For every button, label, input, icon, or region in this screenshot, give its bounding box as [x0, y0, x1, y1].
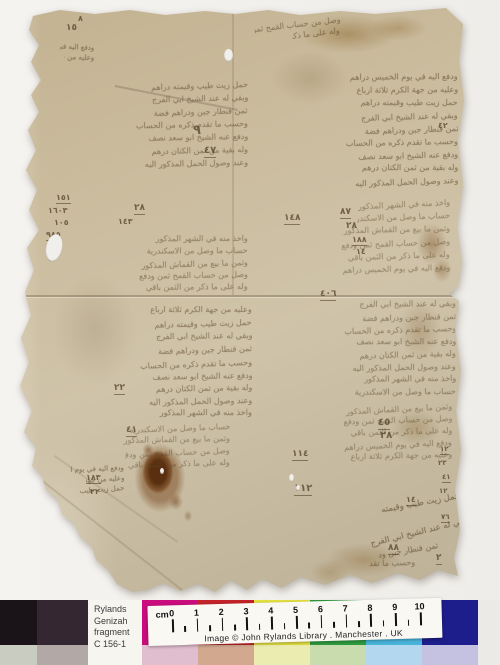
manuscript-script-line: وصل من حساب القمح ثمن ودفع	[121, 270, 248, 281]
manuscript-number-annotation: ١١٤	[292, 450, 308, 461]
manuscript-number-annotation: ٢٨	[134, 204, 145, 215]
manuscript-number-annotation: ٤١	[126, 426, 137, 437]
ruler-number: 10	[414, 601, 424, 611]
color-patch	[142, 645, 198, 665]
manuscript-script-line: وبقي له عند الشيخ ابي الفرج	[135, 331, 252, 342]
ruler-tick-minor	[259, 624, 261, 630]
ruler-tick-major	[246, 617, 248, 630]
ruler-number: 4	[268, 605, 273, 615]
manuscript-script-line: وثمن ما بيع من القماش المذكور	[105, 434, 230, 445]
manuscript-script-line: حمل زيت طيب وقيمته دراهم	[114, 318, 252, 331]
manuscript-number-annotation: ١٢	[439, 488, 448, 495]
manuscript-number-annotation: ٢٨	[346, 222, 357, 231]
paper-hole	[224, 49, 233, 62]
manuscript-script-line: وله بقية من ثمن الكتان درهم	[39, 145, 248, 159]
manuscript-number-annotation: ١٠٥	[54, 219, 69, 227]
ruler-number: 9	[392, 602, 397, 612]
ruler-tick-major	[420, 612, 422, 625]
manuscript-script-line: وحسب ما تقدم ذكره من الحساب	[107, 119, 248, 131]
manuscript-script-line: واخذ منه في الشهر المذكور	[144, 234, 248, 243]
manuscript-number-annotation: ٢٢	[90, 488, 100, 496]
shelfmark-label: Rylands Genizah fragment C 156-1	[88, 600, 142, 665]
manuscript-number-annotation: ١٥١	[56, 194, 71, 204]
ruler-tick-minor	[333, 622, 335, 628]
manuscript-script-line: وعند وصول الحمل المذكور اليه	[305, 362, 456, 374]
color-patch	[254, 645, 310, 665]
ruler-number: 1	[194, 608, 199, 618]
manuscript-script-line: وله بقية من ثمن الكتان درهم	[280, 349, 456, 363]
ruler-number: 0	[169, 608, 174, 618]
manuscript-script-line: ودفع اليه في يوم الخميس دراهم	[317, 72, 458, 82]
color-patch	[310, 645, 366, 665]
ruler-tick-minor	[408, 620, 410, 626]
color-patch	[422, 645, 478, 665]
calibration-bar: Rylands Genizah fragment C 156-1 cm Imag…	[0, 600, 500, 665]
manuscript-script-line: واخذ منه في الشهر المذكور	[320, 374, 456, 384]
manuscript-script-line: وثمن ما بيع من القماش المذكور	[342, 224, 450, 235]
ruler-number: 2	[219, 607, 224, 617]
manuscript-script-line: وحسب ما تقدم ذكره من الحساب	[330, 324, 457, 337]
ruler-tick-minor	[234, 625, 236, 631]
manuscript-script-line: حمل زيت طيب وقيمته دراهم	[328, 98, 458, 108]
manuscript-script-line: وعليه من جهة الكرم ثلاثة ارباع	[127, 305, 252, 314]
manuscript-script-line: حمل زيت طيب وقيمته دراهم	[78, 484, 124, 495]
manuscript-number-annotation: ٨	[78, 15, 83, 23]
gray-patch	[37, 645, 90, 665]
manuscript-number-annotation: ٤١	[442, 474, 451, 483]
ruler-number: 3	[243, 606, 248, 616]
manuscript-script-line: وعليه من جهة الكرم ثلاثة ارباع	[64, 53, 94, 62]
gray-patch	[0, 600, 37, 645]
manuscript-script-line: وعليه من جهة الكرم ثلاثة ارباع	[341, 450, 452, 462]
manuscript-number-annotation: ١٤٣	[118, 218, 133, 226]
manuscript-number-annotation: ١٥	[66, 24, 77, 33]
manuscript-number-annotation: ٤٥	[378, 418, 390, 430]
manuscript-number-annotation: ٤٢	[438, 122, 448, 130]
paper-hole	[289, 474, 294, 482]
label-line: Rylands	[94, 604, 142, 616]
manuscript-script-line: ودفع اليه في يوم الخميس دراهم	[290, 263, 450, 277]
manuscript-script-line: واخذ منه في الشهر المذكور	[81, 408, 252, 418]
manuscript-text-layer: وصل من حساب القمح ثمن ودفعوله على ما ذكر…	[0, 0, 500, 600]
manuscript-script-line: وعند وصول الحمل المذكور اليه	[55, 158, 248, 171]
ruler-unit-label: cm	[156, 609, 169, 619]
ruler-number: 6	[318, 604, 323, 614]
manuscript-script-line: حساب ما وصل من الاسكندرية	[274, 387, 456, 398]
manuscript-number-annotation: ٤٠٦	[320, 290, 336, 301]
ruler-tick-minor	[284, 623, 286, 629]
label-line: C 156-1	[94, 639, 142, 651]
manuscript-fragment-wrap: وصل من حساب القمح ثمن ودفعوله على ما ذكر…	[0, 0, 500, 600]
manuscript-number-annotation: ٧٦	[441, 514, 450, 523]
ruler-tick-major	[370, 614, 372, 627]
ruler-tick-major	[296, 616, 298, 629]
manuscript-script-line: وعند وصول الحمل المذكور اليه	[63, 396, 252, 409]
manuscript-number-annotation: ١٤	[406, 496, 416, 506]
manuscript-script-line: وله على ما ذكر من الثمن باقي	[78, 282, 248, 293]
ruler-tick-minor	[209, 625, 211, 631]
manuscript-fragment: وصل من حساب القمح ثمن ودفعوله على ما ذكر…	[0, 0, 500, 600]
manuscript-script-line: ثمن قنطار جبن ودراهم فضة	[99, 344, 252, 358]
manuscript-number-annotation: ٢	[436, 554, 442, 565]
manuscript-script-line: وعليه من جهة الكرم ثلاثة ارباع	[297, 85, 458, 96]
manuscript-number-annotation: ١٨٣	[86, 474, 101, 484]
manuscript-script-line: ودفع عنه الشيخ ابو سعد نصف	[319, 150, 458, 163]
ruler-tick-major	[172, 619, 174, 632]
digitized-manuscript-photo: وصل من حساب القمح ثمن ودفعوله على ما ذكر…	[0, 0, 500, 665]
manuscript-script-line: وبقي له عند الشيخ ابي الفرج	[76, 93, 249, 107]
manuscript-number-annotation: ١٤٨	[284, 214, 300, 225]
manuscript-script-line: وصل من حساب القمح ثمن ودفع	[318, 237, 450, 252]
manuscript-number-annotation: ٤٧	[204, 146, 216, 158]
manuscript-script-line: وحسب ما تقدم ذكره من الحساب	[295, 137, 458, 149]
manuscript-number-annotation: ١٦٠٣	[48, 207, 68, 215]
label-line: fragment	[94, 627, 142, 639]
manuscript-script-line: ثمن قنطار جبن ودراهم فضة	[124, 106, 248, 119]
ruler-tick-minor	[358, 621, 360, 627]
gray-patch	[37, 600, 90, 645]
ruler-tick-major	[197, 619, 199, 632]
ruler-tick-minor	[308, 622, 310, 628]
manuscript-number-annotation: ٩	[193, 124, 201, 137]
manuscript-number-annotation: ١٤	[356, 248, 366, 256]
manuscript-script-line: وعند وصول الحمل المذكور اليه	[328, 176, 459, 189]
manuscript-number-annotation: ١٨٨	[352, 236, 367, 246]
manuscript-script-line: ودفع عنه الشيخ ابو سعد نصف	[85, 132, 248, 144]
manuscript-script-line: حساب ما وصل من الاسكندرية	[72, 246, 248, 256]
ruler-number: 5	[293, 605, 298, 615]
manuscript-script-line: حمل زيت طيب وقيمته دراهم	[94, 80, 248, 94]
manuscript-number-annotation: ٢٨	[380, 431, 392, 441]
ruler-tick-minor	[184, 626, 186, 632]
paper-hole	[296, 485, 300, 491]
manuscript-number-annotation: ٢٣	[438, 460, 447, 467]
cm-ruler: cm Image © John Rylands Library . Manche…	[147, 598, 442, 646]
manuscript-number-annotation: ٨٨	[388, 544, 399, 555]
manuscript-number-annotation: ٨٧	[340, 208, 351, 219]
ruler-number: 7	[343, 603, 348, 613]
manuscript-script-line: وبقي له عند الشيخ ابي الفرج	[285, 111, 458, 125]
label-line: Genizah	[94, 616, 142, 628]
ruler-tick-major	[395, 613, 397, 626]
ruler-tick-major	[321, 615, 323, 628]
manuscript-script-line: وبقي له عند الشيخ ابي الفرج	[345, 299, 456, 309]
manuscript-number-annotation: ١٢	[440, 446, 449, 455]
ruler-number: 8	[367, 603, 372, 613]
color-patch	[366, 645, 422, 665]
ruler-tick-major	[345, 614, 347, 627]
paper-hole	[160, 468, 164, 474]
manuscript-script-line: وله بقية من ثمن الكتان درهم	[347, 163, 458, 172]
manuscript-number-annotation: ٢٢	[114, 384, 125, 395]
gray-patch	[0, 645, 37, 665]
manuscript-script-line: ثمن قنطار جبن ودراهم فضة	[348, 312, 456, 324]
ruler-tick-major	[271, 617, 273, 630]
color-patch	[198, 645, 254, 665]
manuscript-script-line: ثمن قنطار جبن ودراهم فضة	[305, 124, 458, 138]
ruler-tick-major	[221, 618, 223, 631]
ruler-tick-minor	[383, 620, 385, 626]
manuscript-script-line: ودفع عنه الشيخ ابو سعد نصف	[348, 337, 456, 346]
manuscript-script-line: حساب ما وصل من الاسكندرية	[357, 211, 450, 223]
manuscript-script-line: ودفع اليه في يوم الخميس دراهم	[60, 43, 95, 53]
manuscript-script-line: وحسب ما تقدم ذكره من الحساب	[369, 558, 415, 568]
